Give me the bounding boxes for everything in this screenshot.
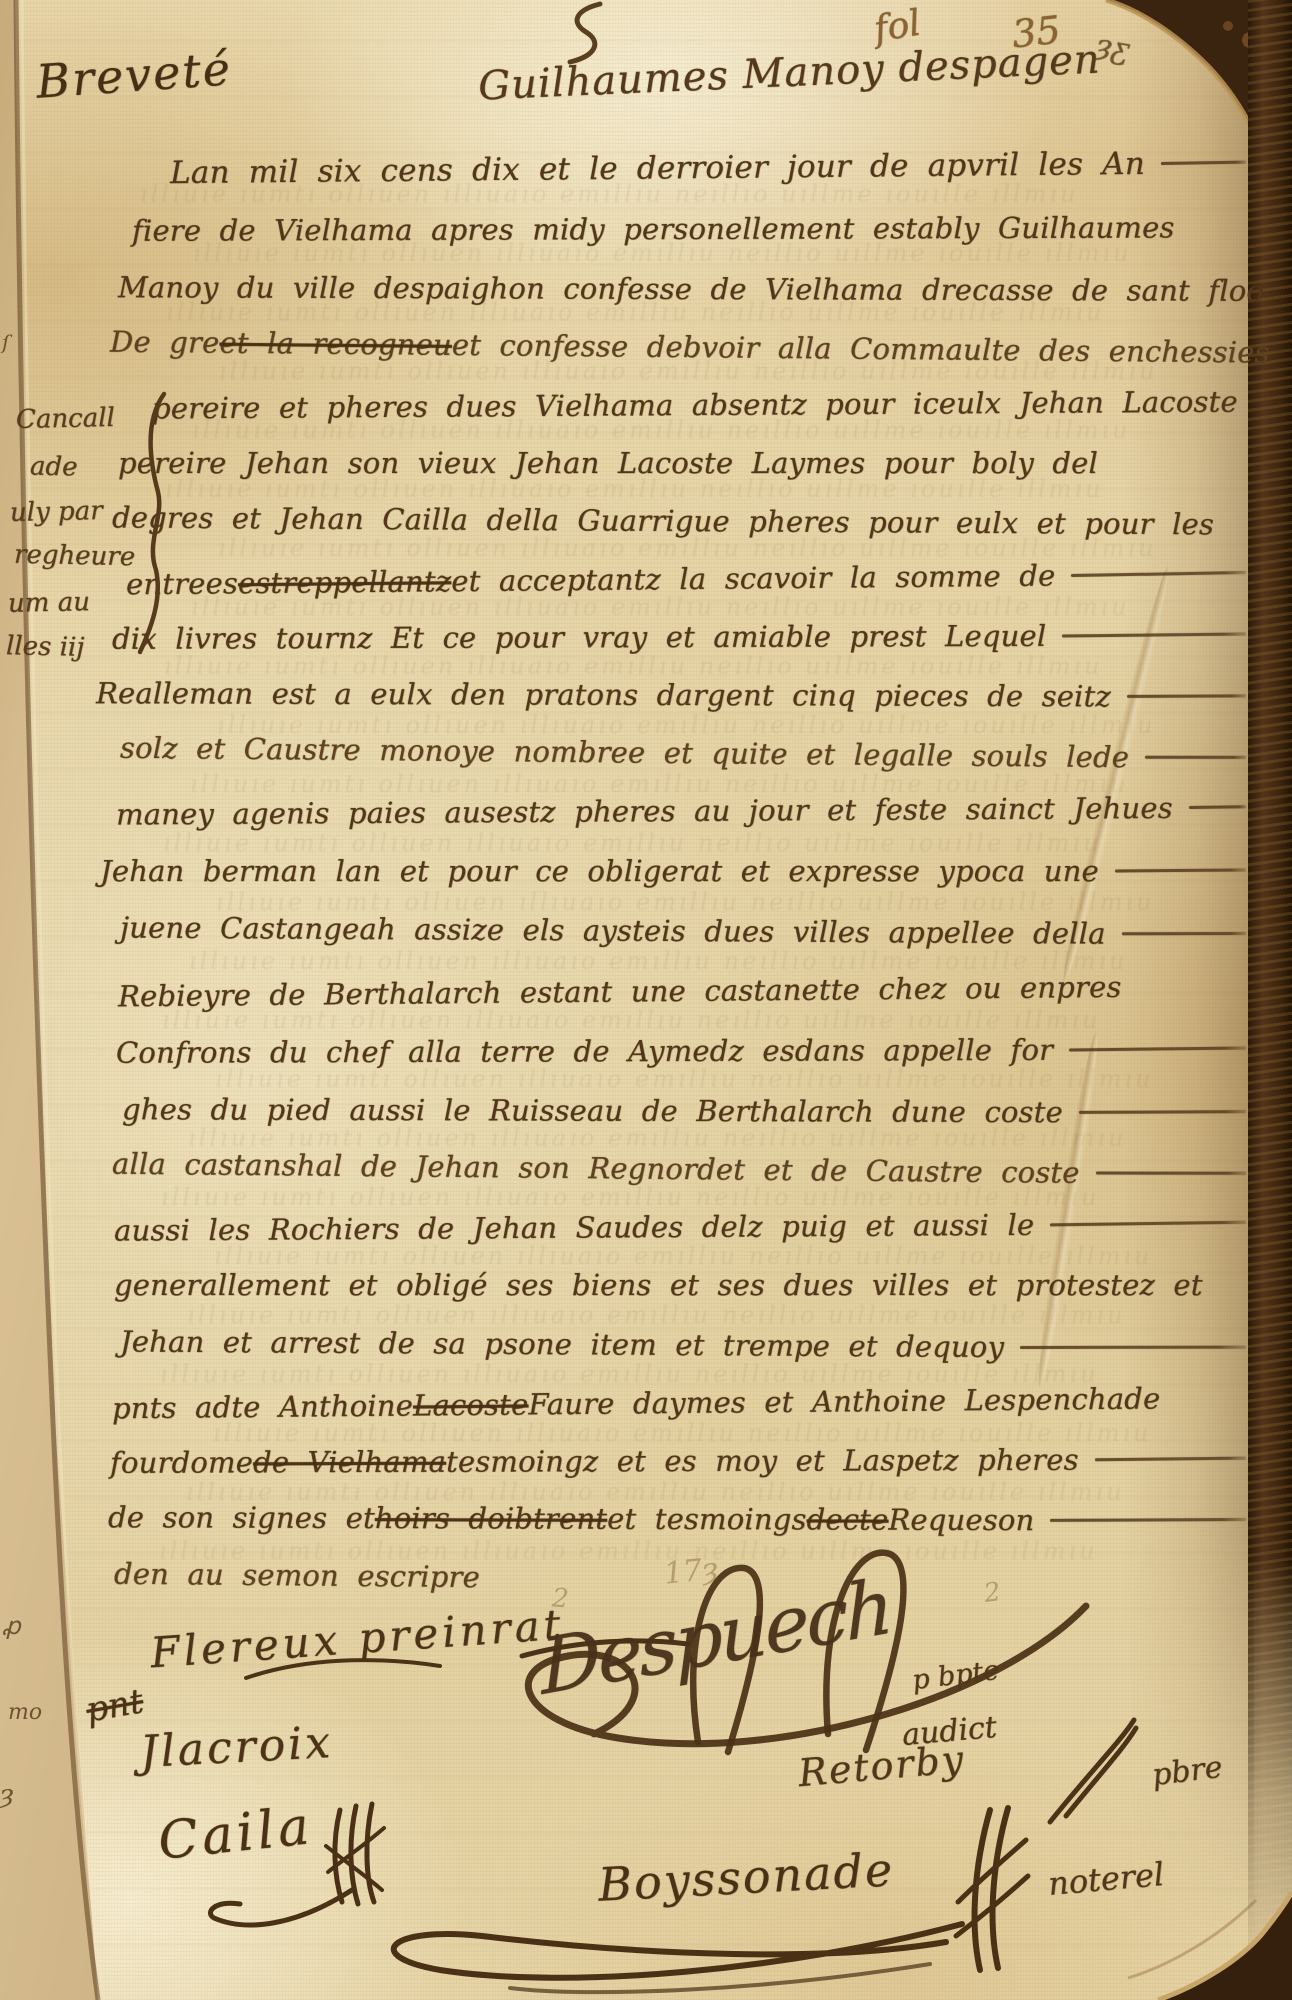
line-filler-dash bbox=[1050, 1518, 1246, 1522]
manuscript-line: ghes du pied aussi le Ruisseau de Bertha… bbox=[122, 1092, 1246, 1130]
line-text: alla castanshal de Jehan son Regnordet e… bbox=[112, 1147, 1080, 1190]
ghost-showthrough-line: ıllıuıe ıumtı ollıuen ıllıuaıo emıllıu n… bbox=[163, 829, 1102, 857]
margin-note: regheure bbox=[14, 540, 136, 573]
line-text: Realleman est a eulx den pratons dargent… bbox=[96, 676, 1111, 713]
manuscript-line: dix livres tournz Et ce pour vray et ami… bbox=[112, 618, 1246, 656]
line-text: Confrons du chef alla terre de Aymedz es… bbox=[116, 1033, 1053, 1070]
signature-lacroix: Jlacroix bbox=[139, 1717, 334, 1778]
manuscript-line: Rebieyre de Berthalarch estant une casta… bbox=[118, 969, 1246, 1014]
line-text: pereire Jehan son vieux Jehan Lacoste La… bbox=[118, 446, 1098, 480]
manuscript-line: entrees estreppellantz et acceptantz la … bbox=[126, 557, 1246, 602]
underpage-ink-mark: ȝ bbox=[0, 1780, 14, 1810]
manuscript-line: Realleman est a eulx den pratons dargent… bbox=[96, 676, 1246, 714]
line-filler-dash bbox=[1145, 756, 1246, 759]
ghost-showthrough-line: ıllıuıe ıumtı ollıuen ıllıuaıo emıllıu n… bbox=[214, 1242, 1153, 1270]
manuscript-line: fourdome de Vielhama tesmoingz et es moy… bbox=[110, 1442, 1246, 1480]
line-text: ghes du pied aussi le Ruisseau de Bertha… bbox=[122, 1092, 1063, 1129]
line-text: generallement et obligé ses biens et ses… bbox=[114, 1268, 1203, 1302]
manuscript-line: Confrons du chef alla terre de Aymedz es… bbox=[116, 1032, 1246, 1070]
manuscript-line: generallement et obligé ses biens et ses… bbox=[114, 1268, 1246, 1302]
line-text: aussi les Rochiers de Jehan Saudes delz … bbox=[114, 1208, 1035, 1248]
boyssonade-flourish bbox=[230, 1906, 970, 1994]
manuscript-line: pereire Jehan son vieux Jehan Lacoste La… bbox=[118, 446, 1246, 480]
line-filler-dash bbox=[1020, 1346, 1246, 1349]
underpage-ink-mark: ꝓ bbox=[2, 1612, 21, 1640]
margin-brace bbox=[134, 392, 168, 654]
line-text: degres et Jehan Cailla della Guarrigue p… bbox=[112, 500, 1214, 541]
manuscript-line: Manoy du ville despaighon confesse de Vi… bbox=[118, 270, 1246, 308]
struck-words: et la recogneu bbox=[219, 326, 452, 362]
manuscript-line: aussi les Rochiers de Jehan Saudes delz … bbox=[114, 1206, 1246, 1247]
underpage-ink-mark: ſ bbox=[2, 330, 9, 354]
line-filler-dash bbox=[1127, 694, 1246, 698]
struck-words: estreppellantz bbox=[238, 564, 452, 600]
struck-words: de Vielhama bbox=[253, 1445, 446, 1480]
manuscript-line: juene Castangeah assize els aysteis dues… bbox=[120, 910, 1246, 951]
folio-number: 35 bbox=[1010, 8, 1063, 57]
line-filler-dash bbox=[1069, 1047, 1246, 1052]
line-text: juene Castangeah assize els aysteis dues… bbox=[120, 910, 1106, 950]
ghost-showthrough-line: ıllıuıe ıumtı ollıuen ıllıuaıo emıllıu n… bbox=[164, 652, 1103, 680]
line-text: solz et Caustre monoye nombree et quite … bbox=[120, 731, 1129, 775]
underpage-ink-mark: mo bbox=[8, 1700, 42, 1725]
header-flourish bbox=[556, 2, 610, 64]
line-filler-dash bbox=[1062, 632, 1246, 637]
line-text: Lan mil six cens dix et le derroier jour… bbox=[170, 146, 1145, 191]
line-filler-dash bbox=[1071, 571, 1246, 577]
line-filler-dash bbox=[1079, 1110, 1246, 1114]
line-text: maney agenis paies ausestz pheres au jou… bbox=[116, 791, 1173, 832]
margin-note: um au bbox=[8, 587, 91, 619]
line-filler-dash bbox=[1096, 1172, 1246, 1175]
manuscript-line: fiere de Vielhama apres midy personellem… bbox=[132, 210, 1246, 247]
line-text: pnts adte Anthoine bbox=[112, 1389, 413, 1426]
manuscript-line: solz et Caustre monoye nombree et quite … bbox=[120, 731, 1246, 776]
retorby-paraph bbox=[1030, 1712, 1140, 1832]
line-text: fiere de Vielhama apres midy personellem… bbox=[132, 210, 1175, 247]
present-mark: pnt bbox=[83, 1681, 146, 1730]
folio-ghost-mark: ȝƹ bbox=[1093, 27, 1131, 67]
line-text: et confesse debvoir alla Commaulte des e… bbox=[452, 328, 1270, 370]
line-text: Jehan berman lan et pour ce obligerat et… bbox=[100, 854, 1099, 888]
manuscript-line: maney agenis paies ausestz pheres au jou… bbox=[116, 790, 1246, 831]
line-filler-dash bbox=[1115, 868, 1246, 872]
folio-label: fol bbox=[871, 3, 923, 51]
line-text: dix livres tournz Et ce pour vray et ami… bbox=[112, 619, 1046, 656]
manuscript-line: Jehan et arrest de sa psone item et trem… bbox=[120, 1324, 1246, 1365]
line-text: Faure daymes et Anthoine Lespenchade bbox=[528, 1381, 1160, 1421]
signature-boyssonade: Boyssonade bbox=[597, 1842, 896, 1911]
manuscript-line: Jehan berman lan et pour ce obligerat et… bbox=[100, 854, 1246, 888]
line-text: et acceptantz la scavoir la somme de bbox=[451, 559, 1055, 599]
line-filler-dash bbox=[1095, 1457, 1246, 1462]
line-filler-dash bbox=[1050, 1221, 1246, 1227]
margin-note: lles iij bbox=[6, 631, 85, 663]
line-text: tesmoingz et es moy et Laspetz pheres bbox=[446, 1443, 1079, 1479]
line-text: fourdome bbox=[110, 1445, 253, 1479]
manuscript-page: ıllıuıe ıumtı ollıuen ıllıuaıo emıllıu n… bbox=[0, 0, 1292, 2000]
corner-curl bbox=[1128, 1882, 1292, 2000]
manuscript-line: pereire et pheres dues Vielhama absentz … bbox=[152, 385, 1246, 426]
line-text: de son signes et bbox=[108, 1500, 375, 1535]
signature-caila: Caila bbox=[155, 1796, 315, 1872]
manuscript-line: pnts adte Anthoine Lacoste Faure daymes … bbox=[112, 1381, 1246, 1426]
margin-note: Cancall bbox=[16, 403, 115, 435]
line-text: Rebieyre de Berthalarch estant une casta… bbox=[118, 970, 1122, 1013]
line-filler-dash bbox=[1189, 805, 1246, 809]
margin-note: uly par bbox=[10, 496, 103, 528]
margin-note: ade bbox=[30, 452, 78, 483]
struck-words: Lacoste bbox=[413, 1387, 529, 1422]
line-text: De gre bbox=[110, 325, 220, 360]
manuscript-line: degres et Jehan Cailla della Guarrigue p… bbox=[112, 500, 1246, 541]
line-filler-dash bbox=[1161, 161, 1246, 165]
ghost-showthrough-line: ıllıuıe ıumtı ollıuen ıllıuaıo emıllıu n… bbox=[215, 1065, 1154, 1093]
line-filler-dash bbox=[1122, 932, 1246, 935]
line-text: Manoy du ville despaighon confesse de Vi… bbox=[118, 270, 1264, 308]
line-text: pereire et pheres dues Vielhama absentz … bbox=[152, 385, 1238, 426]
line-text: Jehan et arrest de sa psone item et trem… bbox=[120, 1324, 1004, 1364]
manuscript-line: De gre et la recogneu et confesse debvoi… bbox=[110, 325, 1246, 370]
